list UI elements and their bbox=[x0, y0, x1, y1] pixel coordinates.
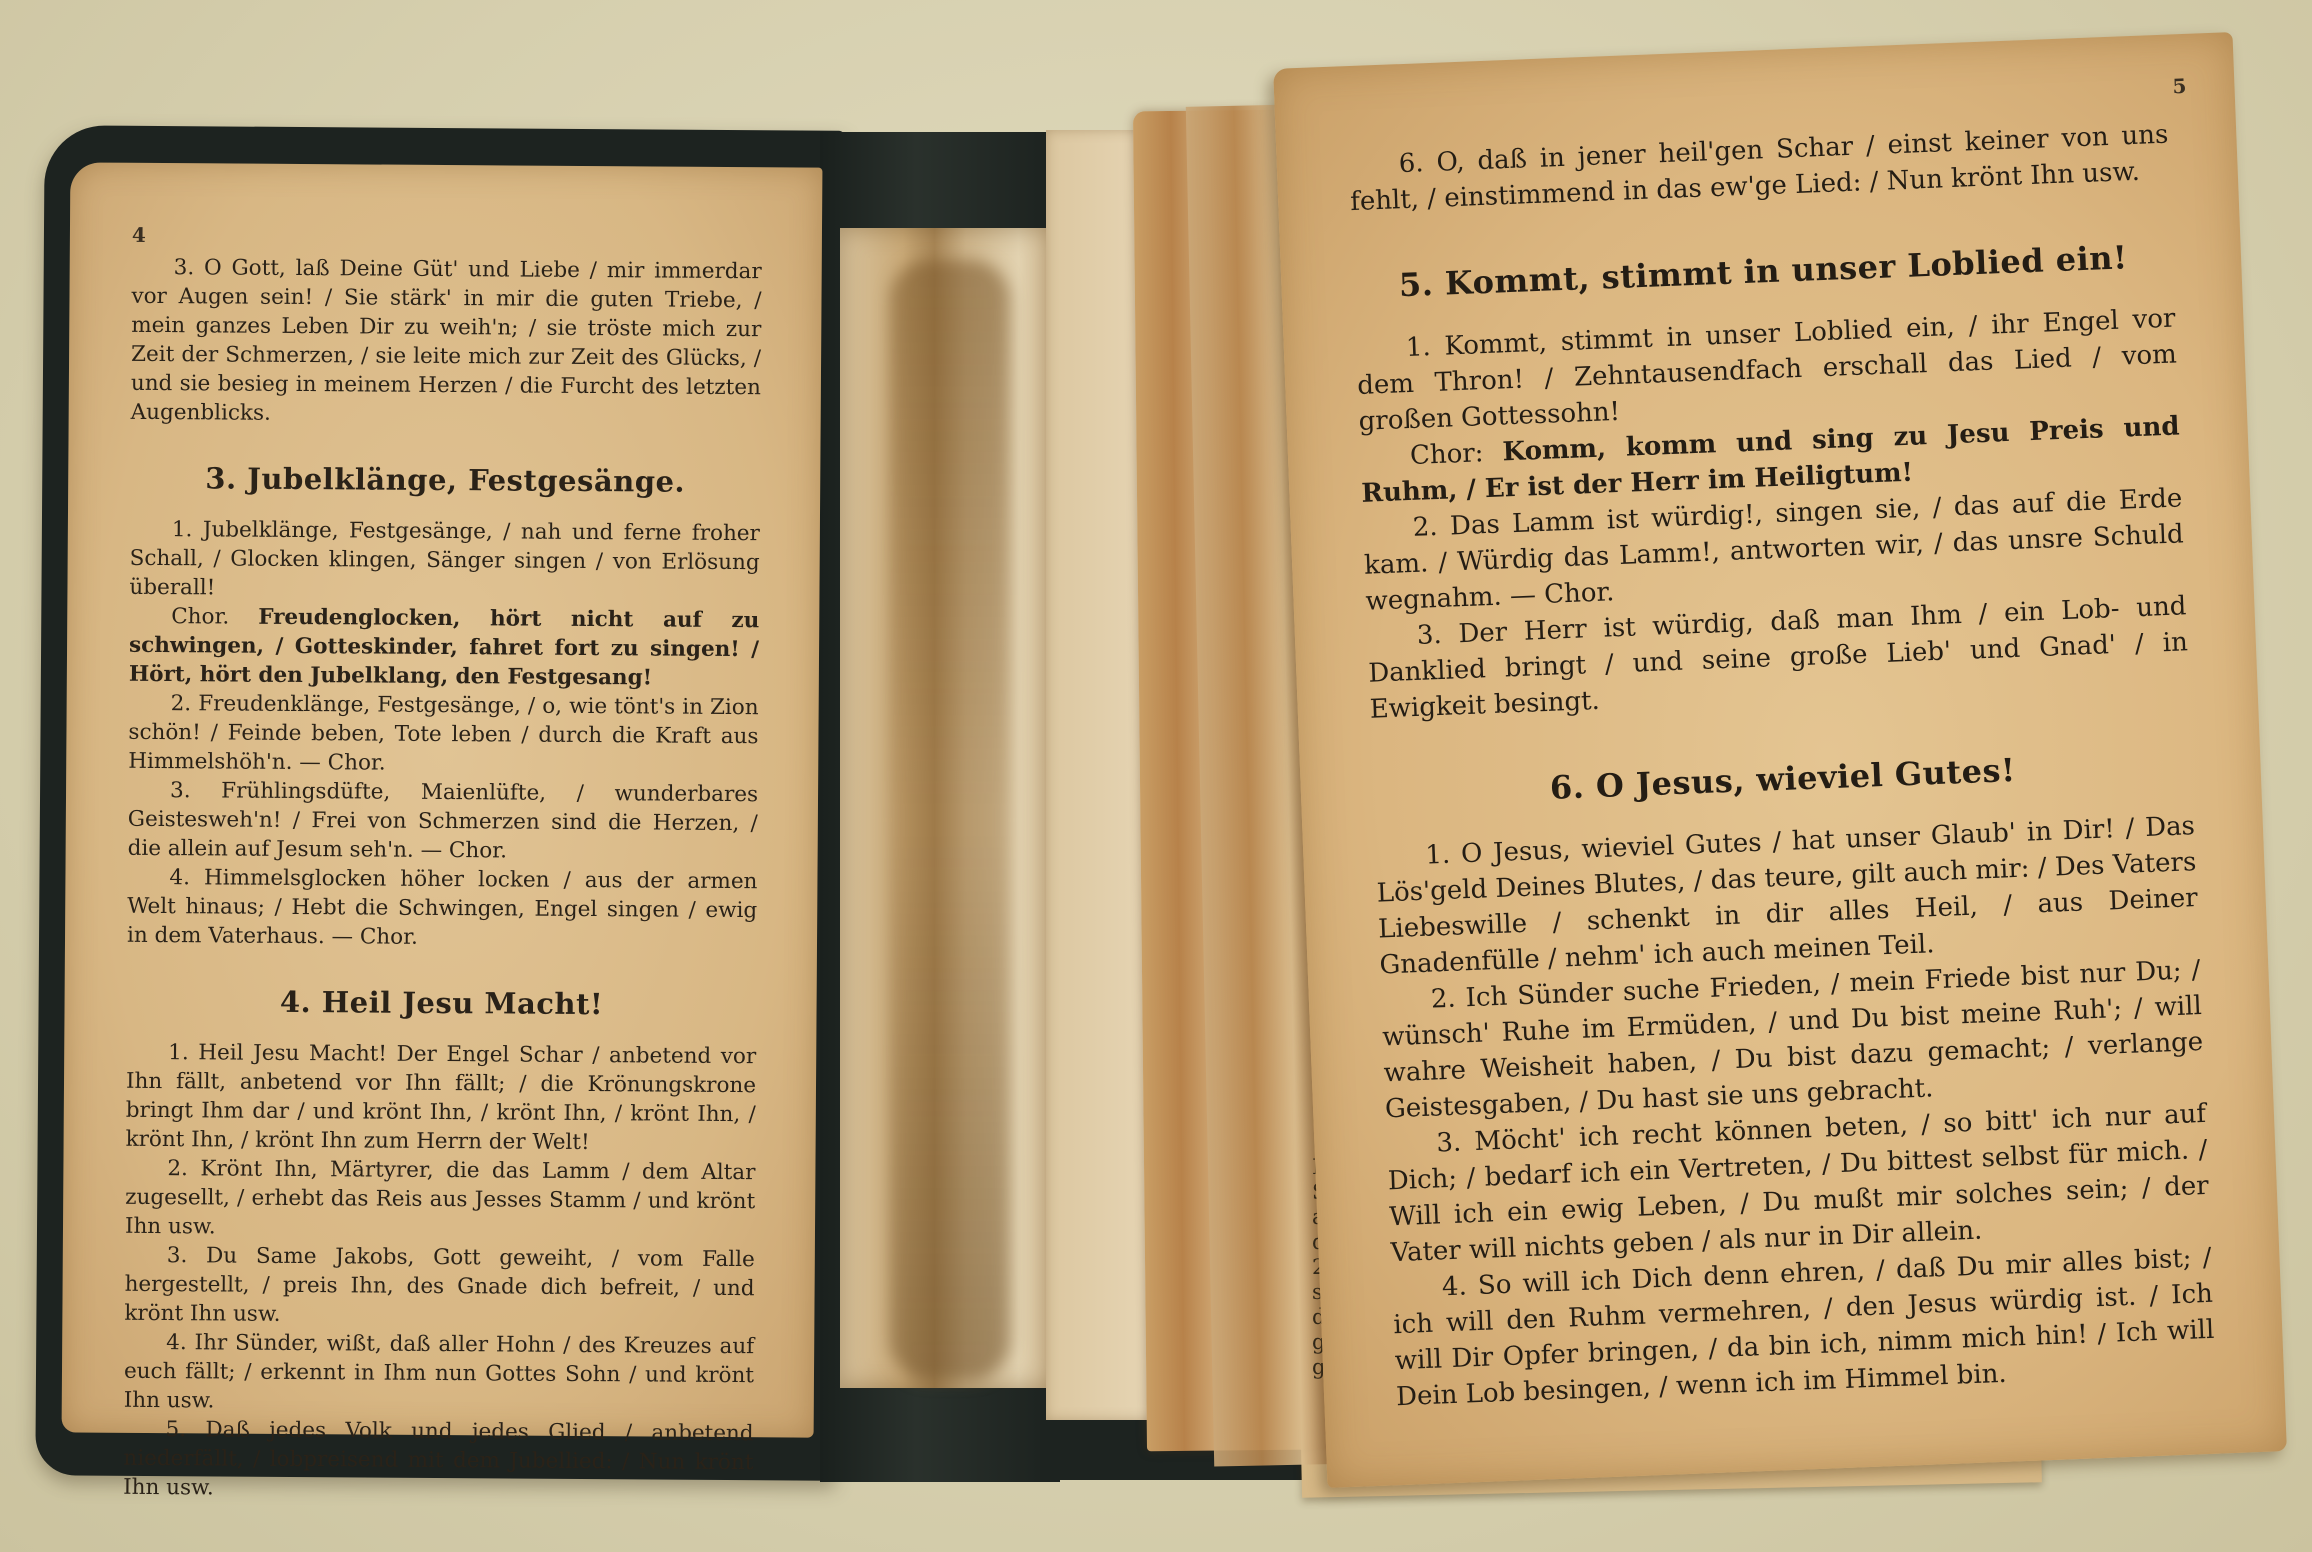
chorus-label: Chor. bbox=[171, 604, 229, 629]
hymn-title: 6. O Jesus, wieviel Gutes! bbox=[1372, 744, 2193, 813]
verse: 4. So will ich Dich denn ehren, / daß Du… bbox=[1391, 1240, 2216, 1415]
verse: 2. Freudenklänge, Festgesänge, / o, wie … bbox=[128, 689, 759, 780]
continued-verse: 6. O, daß in jener heil'gen Schar / eins… bbox=[1348, 117, 2170, 220]
hymn-title: 4. Heil Jesu Macht! bbox=[126, 984, 756, 1022]
verse: 1. Heil Jesu Macht! Der Engel Schar / an… bbox=[126, 1038, 757, 1158]
hymn-title: 3. Jubelklänge, Festgesänge. bbox=[130, 461, 760, 499]
page-number-left: 4 bbox=[132, 223, 762, 251]
verse: 4. Himmelsglocken höher locken / aus der… bbox=[127, 863, 758, 954]
continued-verse: 3. O Gott, laß Deine Güt' und Liebe / mi… bbox=[131, 253, 762, 431]
verse: 3. Du Same Jakobs, Gott geweiht, / vom F… bbox=[124, 1241, 755, 1332]
verse: 5. Daß jedes Volk und jedes Glied / anbe… bbox=[123, 1415, 754, 1506]
chorus-label: Chor: bbox=[1409, 438, 1484, 471]
water-stain bbox=[890, 260, 1010, 1380]
chorus: Chor. Freudenglocken, hört nicht auf zu … bbox=[129, 602, 760, 693]
right-page: 5 6. O, daß in jener heil'gen Schar / ei… bbox=[1273, 32, 2287, 1488]
verse: 2. Krönt Ihn, Märtyrer, die das Lamm / d… bbox=[125, 1154, 756, 1245]
verse: 4. Ihr Sünder, wißt, daß aller Hohn / de… bbox=[124, 1328, 755, 1419]
hymn-title: 5. Kommt, stimmt in unser Loblied ein! bbox=[1353, 237, 2174, 306]
left-page: 4 3. O Gott, laß Deine Güt' und Liebe / … bbox=[62, 162, 823, 1437]
verse: 1. Jubelklänge, Festgesänge, / nah und f… bbox=[129, 515, 760, 606]
verse: 3. Frühlingsdüfte, Maienlüfte, / wunderb… bbox=[128, 776, 759, 867]
